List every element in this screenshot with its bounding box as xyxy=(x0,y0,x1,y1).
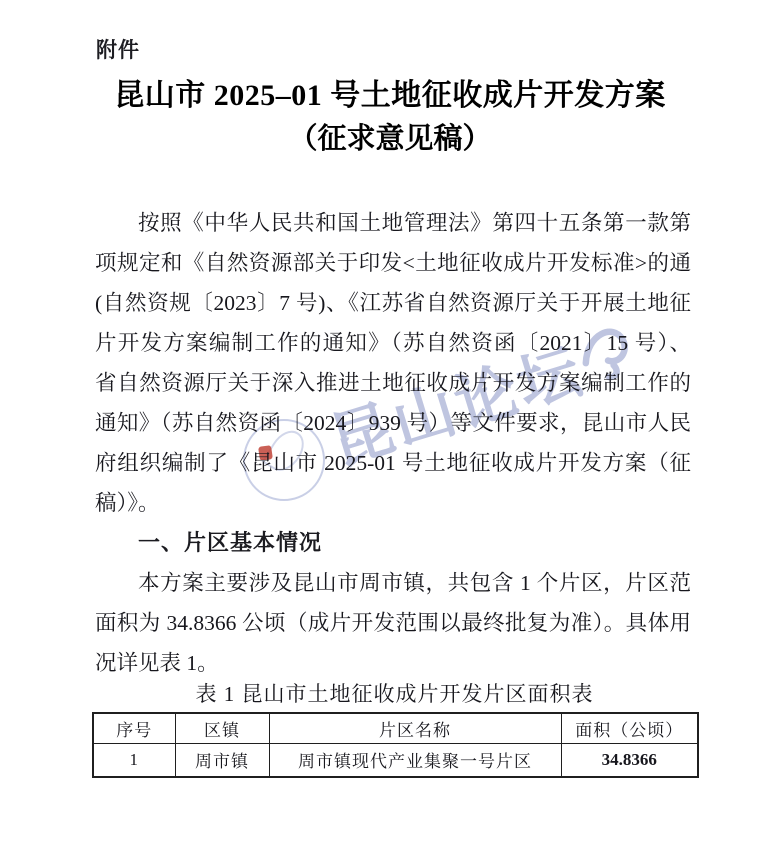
table-cell: 1 xyxy=(93,743,175,777)
text-line: 本方案主要涉及昆山市周市镇，共包含 1 个片区，片区范围总 xyxy=(95,563,691,603)
table-cell: 周市镇现代产业集聚一号片区 xyxy=(269,743,561,777)
text-line: 项规定和《自然资源部关于印发<土地征收成片开发标准>的通知》 xyxy=(95,243,691,283)
text-line: 省自然资源厅关于深入推进土地征收成片开发方案编制工作的 xyxy=(95,363,691,403)
text-line: 按照《中华人民共和国土地管理法》第四十五条第一款第（五） xyxy=(95,203,691,243)
table-header-cell: 面积（公顷） xyxy=(561,713,698,743)
table-header-cell: 片区名称 xyxy=(269,713,561,743)
area-table-body: 1周市镇周市镇现代产业集聚一号片区34.8366 xyxy=(93,743,698,777)
text-line: 稿）》。 xyxy=(95,483,691,523)
table-header-row: 序号区镇片区名称面积（公顷） xyxy=(93,713,698,743)
paragraph-area-summary: 本方案主要涉及昆山市周市镇，共包含 1 个片区，片区范围总面积为 34.8366… xyxy=(95,563,691,683)
table-header-cell: 序号 xyxy=(93,713,175,743)
area-table: 序号区镇片区名称面积（公顷） 1周市镇周市镇现代产业集聚一号片区34.8366 xyxy=(92,712,699,778)
table-header-cell: 区镇 xyxy=(175,713,269,743)
text-line: (自然资规〔2023〕7 号)、《江苏省自然资源厅关于开展土地征收成 xyxy=(95,283,691,323)
area-table-head: 序号区镇片区名称面积（公顷） xyxy=(93,713,698,743)
document-title: 昆山市 2025–01 号土地征收成片开发方案 （征求意见稿） xyxy=(0,74,780,160)
table-row: 1周市镇周市镇现代产业集聚一号片区34.8366 xyxy=(93,743,698,777)
text-line: 通知》（苏自然资函〔2024〕939 号）等文件要求，昆山市人民政 xyxy=(95,403,691,443)
document-page: 昆山论坛 附件 昆山市 2025–01 号土地征收成片开发方案 （征求意见稿） … xyxy=(0,0,780,844)
section-heading-basic-info: 一、片区基本情况 xyxy=(138,526,322,557)
text-line: 面积为 34.8366 公顷（成片开发范围以最终批复为准）。具体用地情 xyxy=(95,603,691,643)
text-line: 况详见表 1。 xyxy=(95,643,691,683)
title-line-1: 昆山市 2025–01 号土地征收成片开发方案 xyxy=(0,74,780,118)
title-line-2: （征求意见稿） xyxy=(0,118,780,160)
table-cell: 周市镇 xyxy=(175,743,269,777)
paragraph-legal-basis: 按照《中华人民共和国土地管理法》第四十五条第一款第（五）项规定和《自然资源部关于… xyxy=(95,203,691,523)
text-line: 片开发方案编制工作的通知》（苏自然资函〔2021〕15 号）、《江苏 xyxy=(95,323,691,363)
table-cell: 34.8366 xyxy=(561,743,698,777)
text-line: 府组织编制了《昆山市 2025-01 号土地征收成片开发方案（征求意见 xyxy=(95,443,691,483)
table-caption: 表 1 昆山市土地征收成片开发片区面积表 xyxy=(92,678,697,708)
attachment-label: 附件 xyxy=(96,34,140,64)
